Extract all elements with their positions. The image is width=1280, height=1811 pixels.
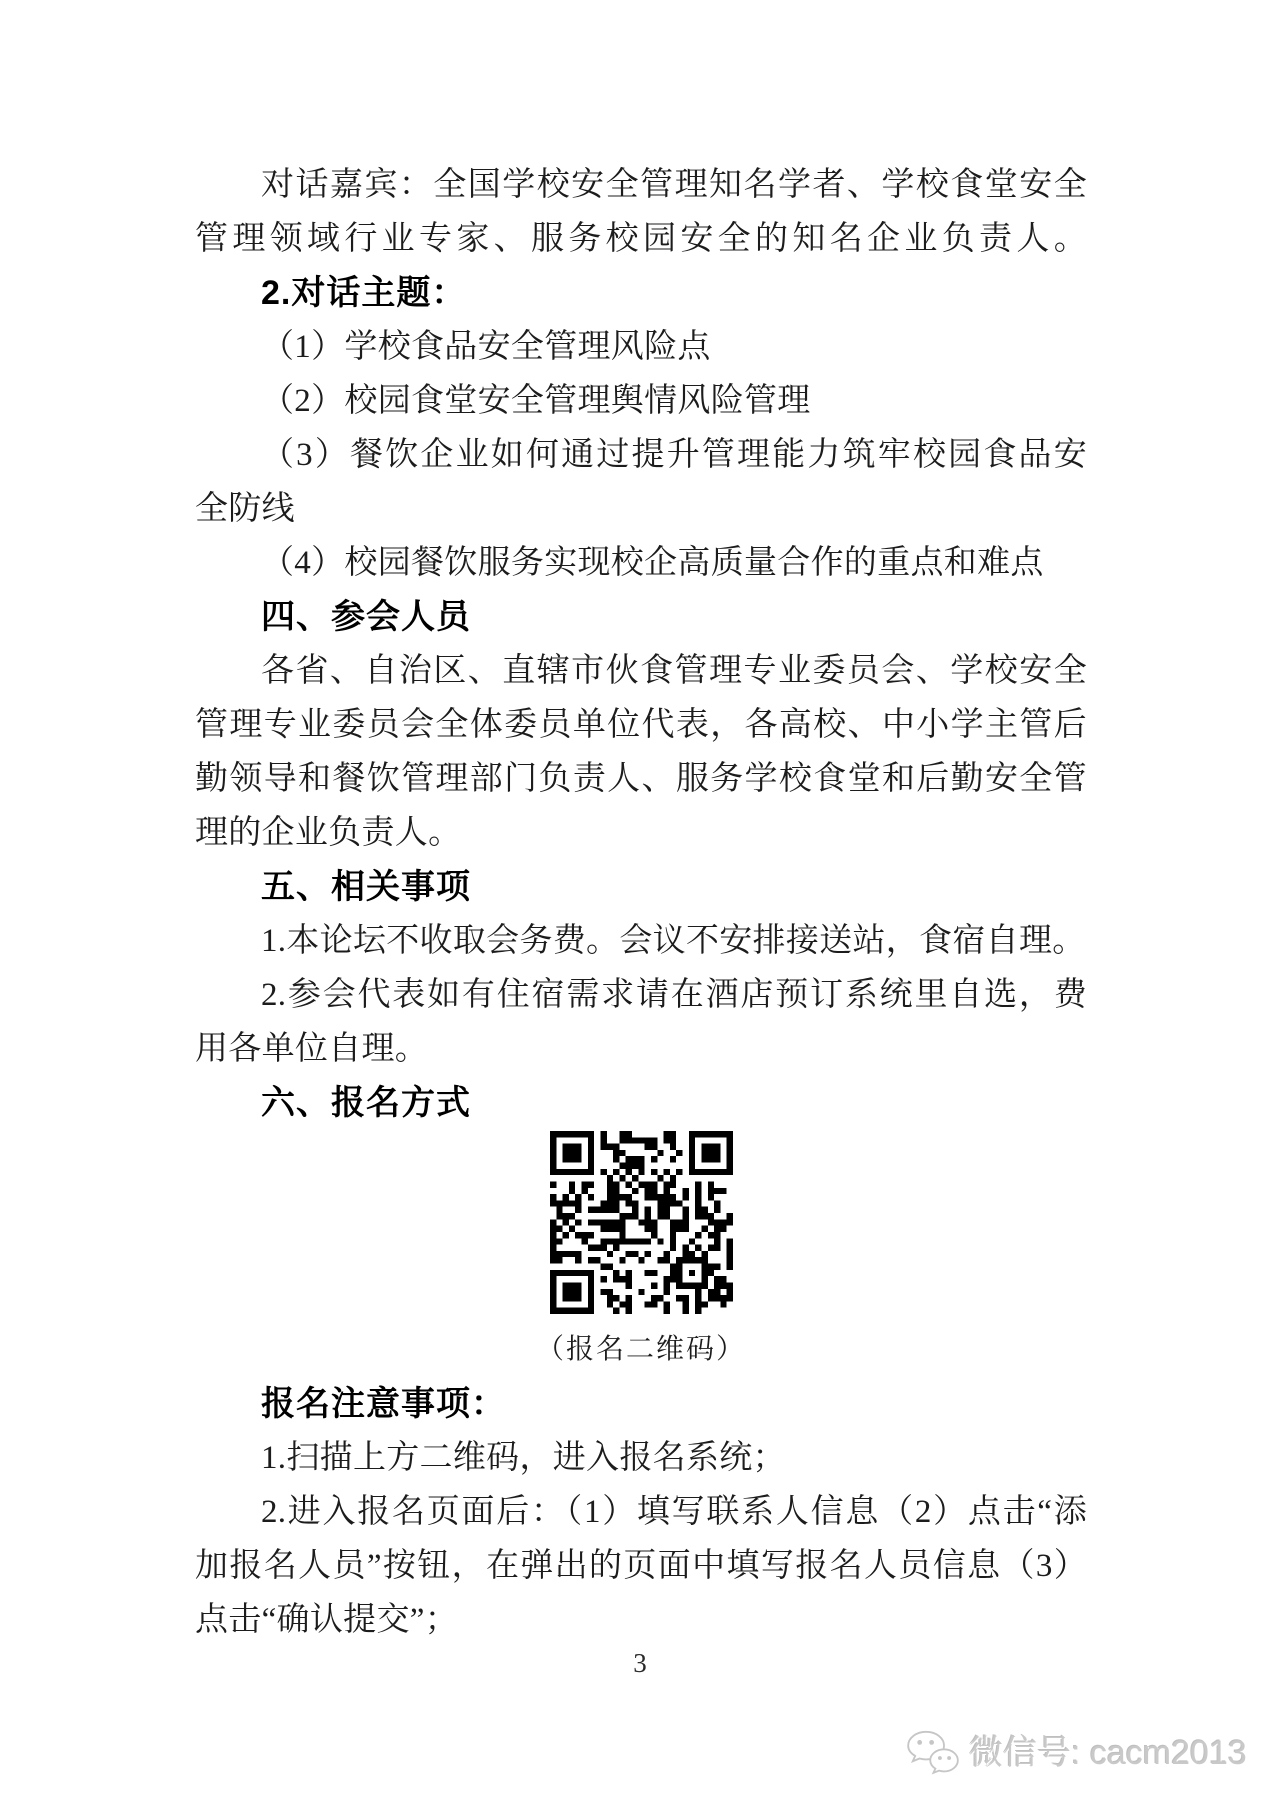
text-line: 各省、自治区、直辖市伙食管理专业委员会、学校安全 xyxy=(195,644,1087,698)
wechat-icon xyxy=(905,1730,961,1776)
text-line: 点击“确认提交”； xyxy=(195,1593,1087,1647)
text-line: 1.本论坛不收取会务费。会议不安排接送站，食宿自理。 xyxy=(195,914,1087,968)
text-line: 2.参会代表如有住宿需求请在酒店预订系统里自选，费 xyxy=(195,968,1087,1022)
text-line: （2）校园食堂安全管理舆情风险管理 xyxy=(195,374,1087,428)
page-number: 3 xyxy=(0,1648,1280,1679)
heading-line: 六、报名方式 xyxy=(195,1076,1087,1130)
heading-line: 五、相关事项 xyxy=(195,860,1087,914)
qr-caption: （报名二维码） xyxy=(195,1323,1087,1377)
text-line: 理的企业负责人。 xyxy=(195,806,1087,860)
registration-qr-code xyxy=(550,1131,733,1314)
text-line: （3）餐饮企业如何通过提升管理能力筑牢校园食品安 xyxy=(195,428,1087,482)
text-line: 全防线 xyxy=(195,482,1087,536)
watermark-text: 微信号: cacm2013 xyxy=(969,1730,1247,1776)
text-line: 勤领导和餐饮管理部门负责人、服务学校食堂和后勤安全管 xyxy=(195,752,1087,806)
text-line: 管理专业委员会全体委员单位代表，各高校、中小学主管后 xyxy=(195,698,1087,752)
text-line: 对话嘉宾：全国学校安全管理知名学者、学校食堂安全 xyxy=(195,158,1087,212)
qr-section: （报名二维码） xyxy=(195,1130,1087,1377)
document-page: { "page": { "background": "#ffffff", "te… xyxy=(0,0,1280,1811)
document-body: 对话嘉宾：全国学校安全管理知名学者、学校食堂安全管理领域行业专家、服务校园安全的… xyxy=(195,158,1087,1647)
text-block-bottom: 报名注意事项：1.扫描上方二维码，进入报名系统；2.进入报名页面后：（1）填写联… xyxy=(195,1377,1087,1647)
wechat-watermark: 微信号: cacm2013 xyxy=(905,1730,1247,1776)
heading-line: 四、参会人员 xyxy=(195,590,1087,644)
text-line: 加报名人员”按钮，在弹出的页面中填写报名人员信息（3） xyxy=(195,1539,1087,1593)
text-line: 用各单位自理。 xyxy=(195,1022,1087,1076)
text-line: 管理领域行业专家、服务校园安全的知名企业负责人。 xyxy=(195,212,1087,266)
heading-line: 报名注意事项： xyxy=(195,1377,1087,1431)
heading-line: 2.对话主题： xyxy=(195,266,1087,320)
text-line: 1.扫描上方二维码，进入报名系统； xyxy=(195,1431,1087,1485)
text-line: 2.进入报名页面后：（1）填写联系人信息（2）点击“添 xyxy=(195,1485,1087,1539)
text-block-top: 对话嘉宾：全国学校安全管理知名学者、学校食堂安全管理领域行业专家、服务校园安全的… xyxy=(195,158,1087,1130)
text-line: （4）校园餐饮服务实现校企高质量合作的重点和难点 xyxy=(195,536,1087,590)
text-line: （1）学校食品安全管理风险点 xyxy=(195,320,1087,374)
